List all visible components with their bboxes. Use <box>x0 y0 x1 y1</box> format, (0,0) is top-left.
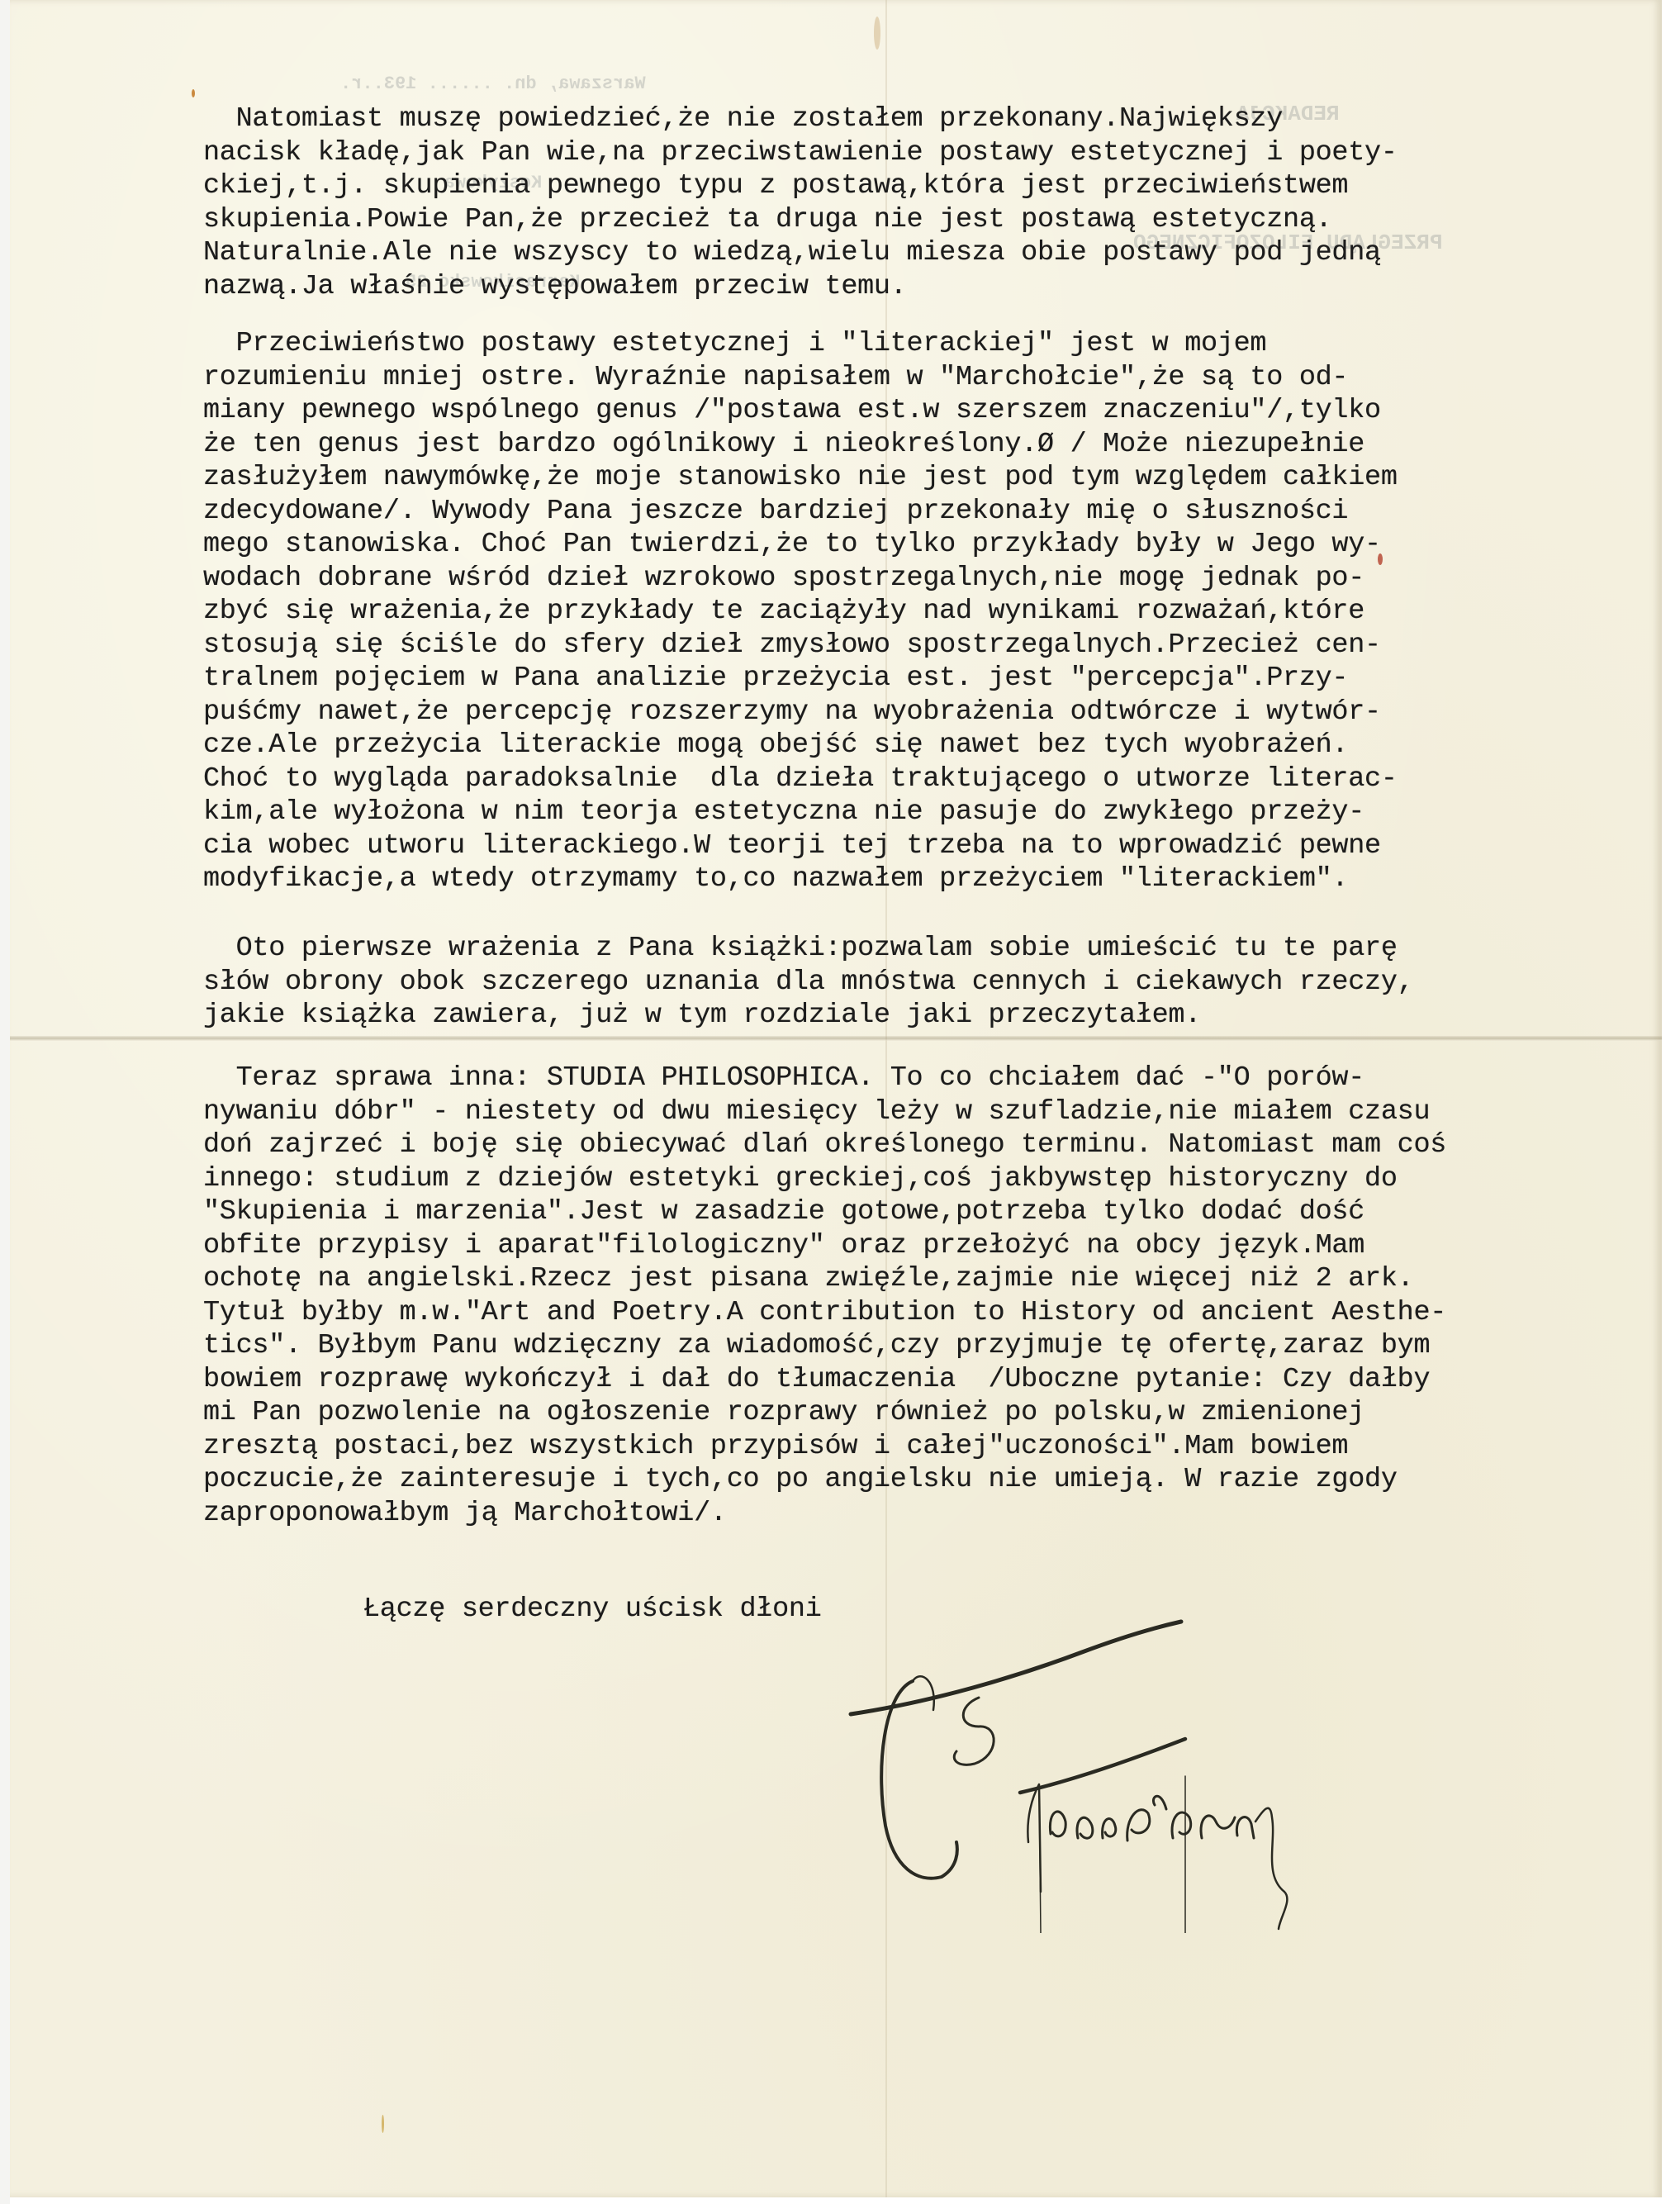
paragraph-1: Natomiast muszę powiedzieć,że nie został… <box>203 102 1607 303</box>
paper-stain <box>382 2115 384 2133</box>
text-line: innego: studium z dziejów estetyki greck… <box>203 1162 1607 1196</box>
text-line: Naturalnie.Ale nie wszyscy to wiedzą,wie… <box>203 236 1607 270</box>
text-line: stosują się ściśle do sfery dzieł zmysło… <box>203 629 1607 663</box>
text-line: słów obrony obok szczerego uznania dla m… <box>203 966 1607 1000</box>
scan-edge <box>0 0 10 2204</box>
text-line: że ten genus jest bardzo ogólnikowy i ni… <box>203 428 1607 462</box>
text-line: cia wobec utworu literackiego.W teorji t… <box>203 829 1607 863</box>
text-line: kim,ale wyłożona w nim teorja estetyczna… <box>203 796 1607 829</box>
paper-stain <box>1378 553 1383 565</box>
text-line: zaproponowałbym ją Marchołtowi/. <box>203 1497 1607 1531</box>
handwritten-signature <box>834 1619 1462 1933</box>
text-line: zasłużyłem nawymówkę,że moje stanowisko … <box>203 461 1607 495</box>
paragraph-3: Oto pierwsze wrażenia z Pana książki:poz… <box>203 932 1607 1033</box>
text-line: cze.Ale przeżycia literackie mogą obejść… <box>203 729 1607 762</box>
paragraph-4: Teraz sprawa inna: STUDIA PHILOSOPHICA. … <box>203 1062 1607 1530</box>
text-line: tics". Byłbym Panu wdzięczny za wiadomoś… <box>203 1329 1607 1363</box>
fold-crease-horizontal <box>10 1036 1662 1041</box>
text-line: ckiej,t.j. skupienia pewnego typu z post… <box>203 169 1607 203</box>
text-line: Choć to wygląda paradoksalnie dla dzieła… <box>203 762 1607 796</box>
text-line: Oto pierwsze wrażenia z Pana książki:poz… <box>203 932 1607 966</box>
text-line: rozumieniu mniej ostre. Wyraźnie napisał… <box>203 361 1607 395</box>
text-line: miany pewnego wspólnego genus /"postawa … <box>203 394 1607 428</box>
text-line: poczucie,że zainteresuje i tych,co po an… <box>203 1463 1607 1497</box>
text-line: wodach dobrane wśród dzieł wzrokowo spos… <box>203 562 1607 596</box>
text-line: puśćmy nawet,że percepcję rozszerzymy na… <box>203 696 1607 729</box>
text-line: doń zajrzeć i boję się obiecywać dlań ok… <box>203 1128 1607 1162</box>
text-line: "Skupienia i marzenia".Jest w zasadzie g… <box>203 1195 1607 1229</box>
text-line: mego stanowiska. Choć Pan twierdzi,że to… <box>203 528 1607 562</box>
text-line: jakie książka zawiera, już w tym rozdzia… <box>203 999 1607 1033</box>
paper-stain <box>874 17 880 50</box>
paragraph-2: Przeciwieństwo postawy estetycznej i "li… <box>203 327 1607 896</box>
text-line: Przeciwieństwo postawy estetycznej i "li… <box>203 327 1607 361</box>
text-line: Teraz sprawa inna: STUDIA PHILOSOPHICA. … <box>203 1062 1607 1095</box>
text-line: zdecydowane/. Wywody Pana jeszcze bardzi… <box>203 495 1607 529</box>
text-line: modyfikacje,a wtedy otrzymamy to,co nazw… <box>203 862 1607 896</box>
text-line: zbyć się wrażenia,że przykłady te zaciąż… <box>203 595 1607 629</box>
text-line: tralnem pojęciem w Pana analizie przeżyc… <box>203 662 1607 696</box>
text-line: mi Pan pozwolenie na ogłoszenie rozprawy… <box>203 1396 1607 1430</box>
text-line: Tytuł byłby m.w."Art and Poetry.A contri… <box>203 1296 1607 1330</box>
text-line: ochotę na angielski.Rzecz jest pisana zw… <box>203 1262 1607 1296</box>
letterhead-line: Warszawa, dn. ...... 193..r. <box>340 68 646 101</box>
text-line: Natomiast muszę powiedzieć,że nie został… <box>203 102 1607 136</box>
text-line: zresztą postaci,bez wszystkich przypisów… <box>203 1430 1607 1464</box>
text-line: nacisk kładę,jak Pan wie,na przeciwstawi… <box>203 136 1607 170</box>
text-line: obfite przypisy i aparat"filologiczny" o… <box>203 1229 1607 1263</box>
text-line: skupienia.Powie Pan,że przecież ta druga… <box>203 203 1607 237</box>
text-line: nazwą.Ja właśnie występowałem przeciw te… <box>203 270 1607 304</box>
text-line: bowiem rozprawę wykończył i dał do tłuma… <box>203 1363 1607 1397</box>
paper-stain <box>192 89 195 97</box>
text-line: nywaniu dóbr" - niestety od dwu miesięcy… <box>203 1095 1607 1129</box>
